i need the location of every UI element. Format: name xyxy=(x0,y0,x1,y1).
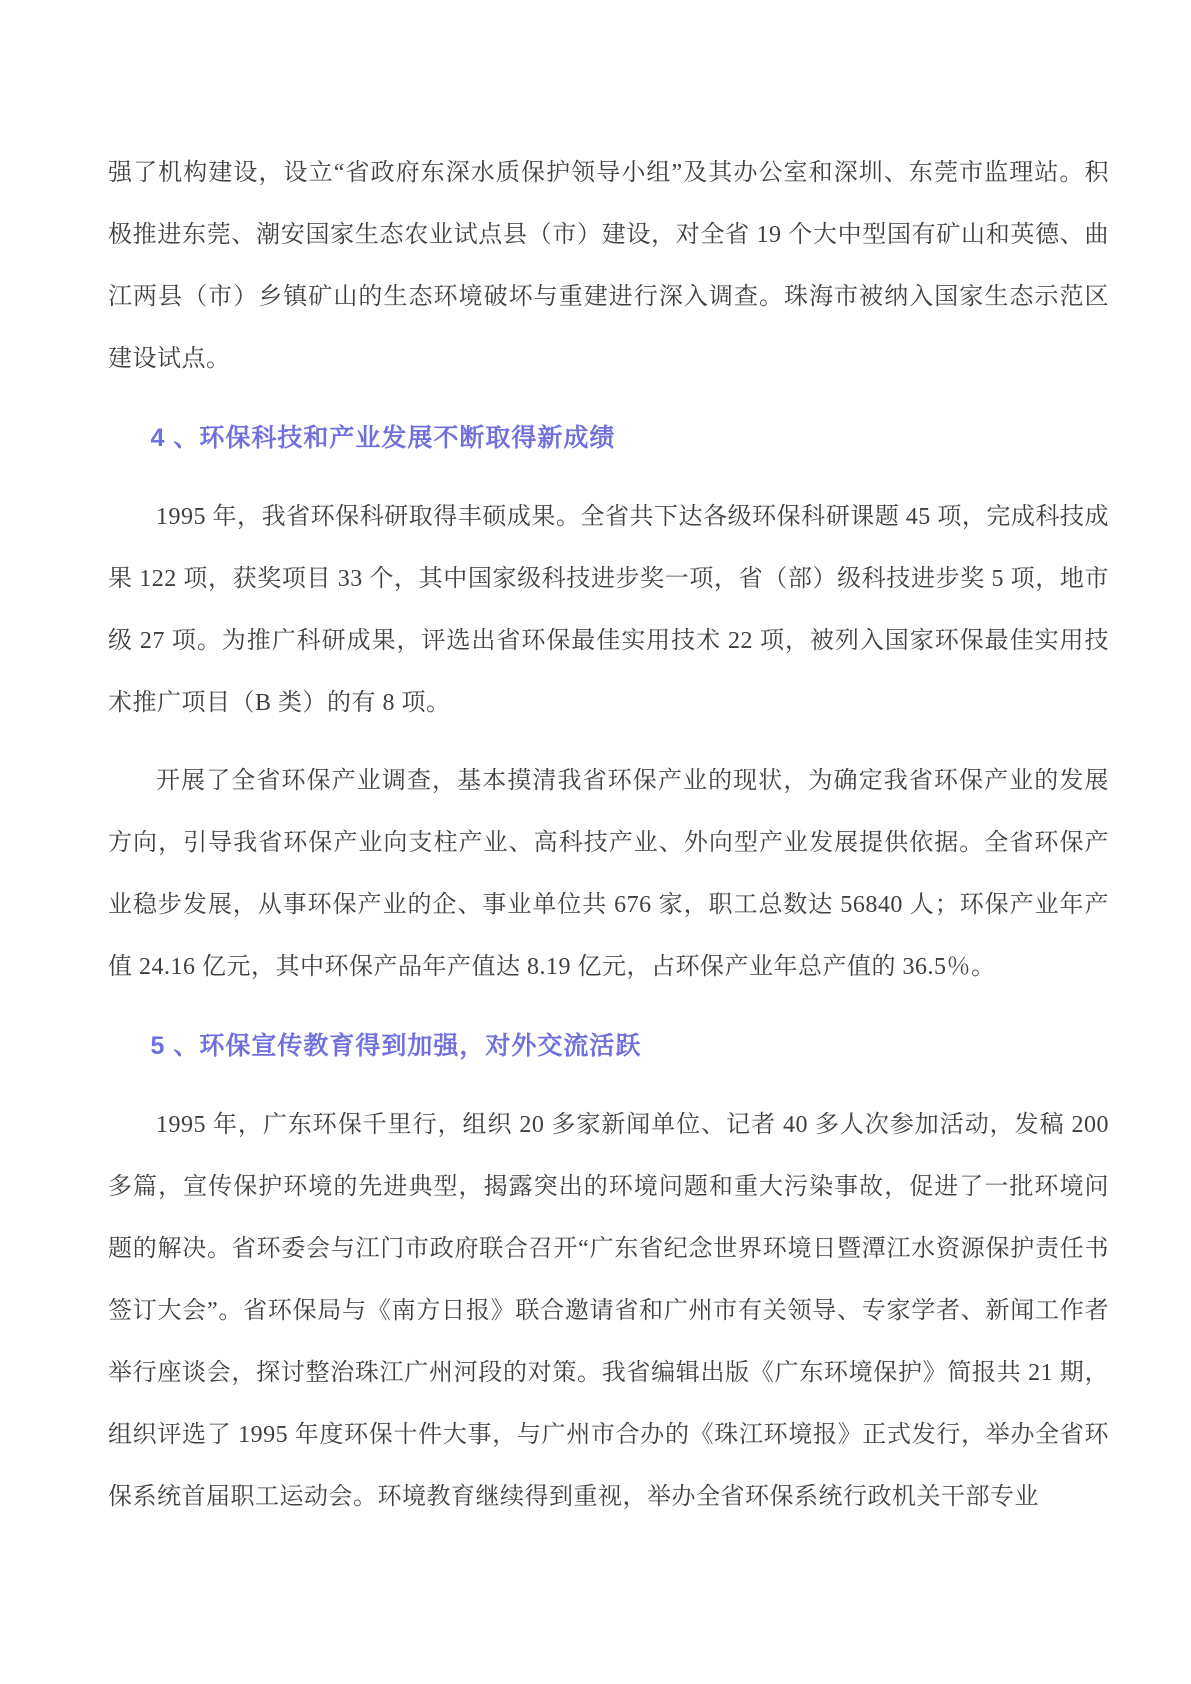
paragraph-industry-survey: 开展了全省环保产业调查，基本摸清我省环保产业的现状，为确定我省环保产业的发展方向… xyxy=(108,750,1109,998)
section-heading-4: 4 、环保科技和产业发展不断取得新成绩 xyxy=(108,418,1109,458)
paragraph-publicity-education: 1995 年，广东环保千里行，组织 20 多家新闻单位、记者 40 多人次参加活… xyxy=(108,1094,1109,1528)
paragraph-continuation: 强了机构建设，设立“省政府东深水质保护领导小组”及其办公室和深圳、东莞市监理站。… xyxy=(108,142,1109,390)
section-heading-5: 5 、环保宣传教育得到加强，对外交流活跃 xyxy=(108,1026,1109,1066)
document-page: 强了机构建设，设立“省政府东深水质保护领导小组”及其办公室和深圳、东莞市监理站。… xyxy=(0,0,1191,1684)
paragraph-science-achievements: 1995 年，我省环保科研取得丰硕成果。全省共下达各级环保科研课题 45 项，完… xyxy=(108,486,1109,734)
